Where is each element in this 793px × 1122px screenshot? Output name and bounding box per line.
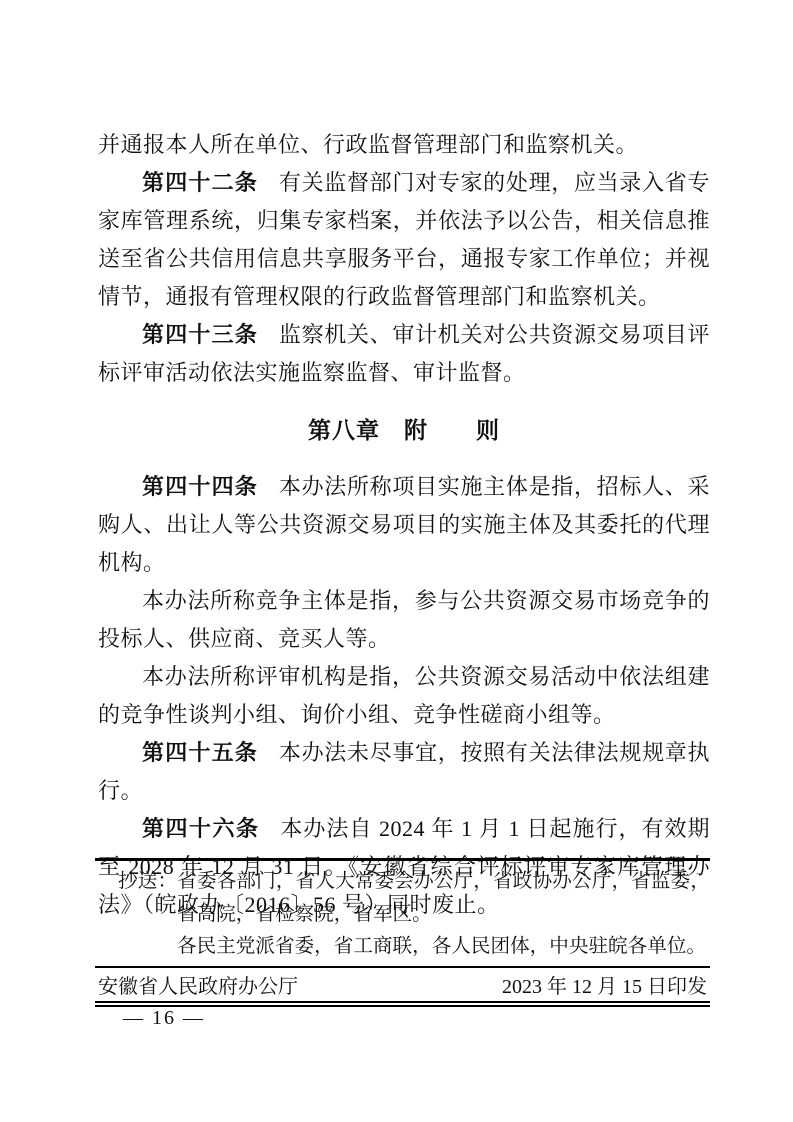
colophon: 抄送：省委各部门，省人大常委会办公厅，省政协办公厅，省监委，省高院，省检察院，省… (95, 858, 710, 1007)
paragraph: 本办法所称评审机构是指，公共资源交易活动中依法组建的竞争性谈判小组、询价小组、竞… (98, 658, 710, 734)
copy-to-text: 省委各部门，省人大常委会办公厅，省政协办公厅，省监委，省高院，省检察院，省军区。 (177, 871, 710, 925)
article-number: 第四十三条 (142, 322, 258, 347)
copy-to-line: 抄送：省委各部门，省人大常委会办公厅，省政协办公厅，省监委，省高院，省检察院，省… (118, 866, 710, 931)
chapter-heading: 第八章 附 则 (98, 411, 710, 449)
copy-to-label: 抄送： (118, 871, 177, 892)
article-number: 第四十二条 (142, 170, 258, 195)
article-number: 第四十五条 (142, 740, 258, 765)
separator-rule-double (95, 1001, 710, 1007)
paragraph: 第四十五条本办法未尽事宜，按照有关法律法规规章执行。 (98, 734, 710, 810)
document-body: 并通报本人所在单位、行政监督管理部门和监察机关。 第四十二条有关监督部门对专家的… (98, 126, 710, 924)
paragraph: 第四十二条有关监督部门对专家的处理，应当录入省专家库管理系统，归集专家档案，并依… (98, 164, 710, 316)
paragraph: 第四十三条监察机关、审计机关对公共资源交易项目评标评审活动依法实施监察监督、审计… (98, 316, 710, 392)
copy-to-block: 抄送：省委各部门，省人大常委会办公厅，省政协办公厅，省监委，省高院，省检察院，省… (95, 861, 710, 966)
paragraph: 本办法所称竞争主体是指，参与公共资源交易市场竞争的投标人、供应商、竞买人等。 (98, 582, 710, 658)
article-number: 第四十四条 (142, 474, 258, 499)
paragraph: 第四十四条本办法所称项目实施主体是指，招标人、采购人、出让人等公共资源交易项目的… (98, 468, 710, 582)
paragraph-text: 本办法所称评审机构是指，公共资源交易活动中依法组建的竞争性谈判小组、询价小组、竞… (98, 664, 710, 727)
paragraph-text: 本办法所称竞争主体是指，参与公共资源交易市场竞争的投标人、供应商、竞买人等。 (98, 588, 710, 651)
copy-to-line: 各民主党派省委，省工商联，各人民团体，中央驻皖各单位。 (118, 931, 710, 964)
paragraph-text: 并通报本人所在单位、行政监督管理部门和监察机关。 (98, 132, 638, 157)
issuer-name: 安徽省人民政府办公厅 (98, 970, 298, 999)
imprint-row: 安徽省人民政府办公厅 2023 年 12 月 15 日印发 (95, 968, 710, 1001)
paragraph: 并通报本人所在单位、行政监督管理部门和监察机关。 (98, 126, 710, 164)
copy-to-text: 各民主党派省委，省工商联，各人民团体，中央驻皖各单位。 (177, 936, 706, 957)
article-number: 第四十六条 (142, 816, 260, 841)
document-page: 并通报本人所在单位、行政监督管理部门和监察机关。 第四十二条有关监督部门对专家的… (0, 0, 793, 1122)
page-number: — 16 — (123, 1007, 205, 1030)
print-date: 2023 年 12 月 15 日印发 (502, 970, 707, 999)
